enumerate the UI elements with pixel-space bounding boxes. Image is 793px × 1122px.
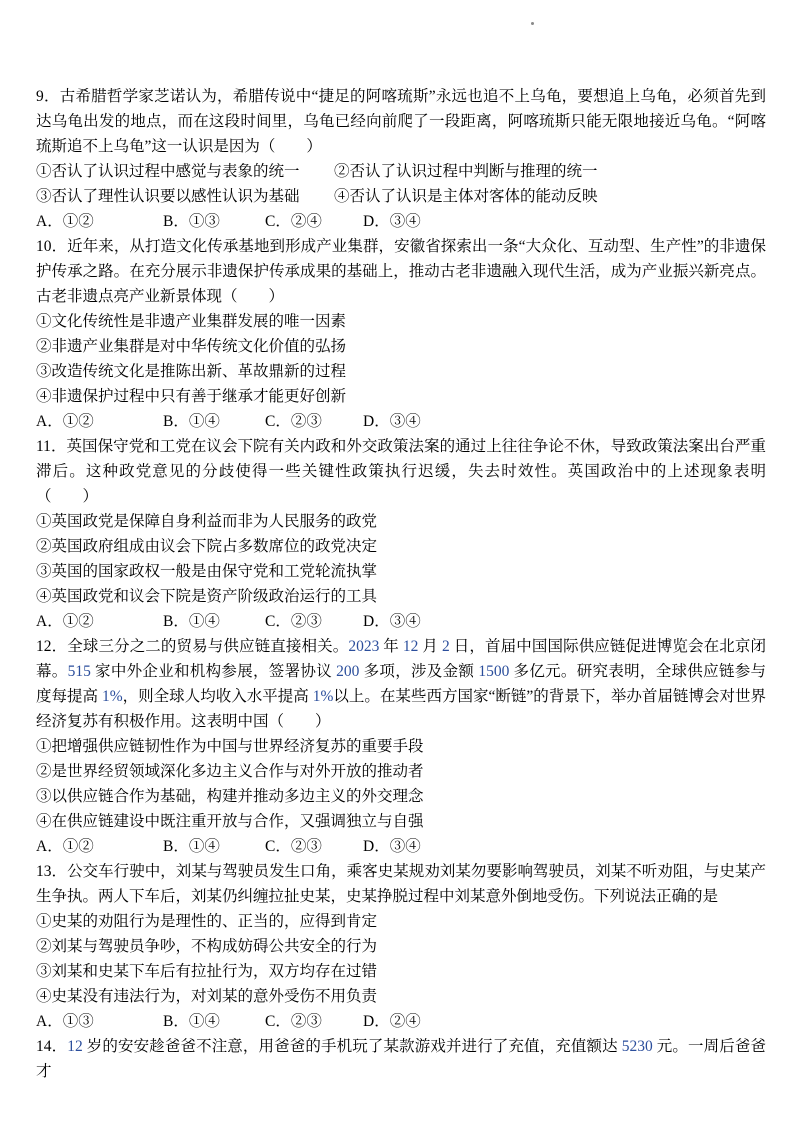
- stem-segment: 英国保守党和工党在议会下院有关内政和外交政策法案的通过上往往争论不休，导致政策法…: [36, 438, 766, 505]
- stem-segment: 1%: [313, 688, 334, 705]
- stem-segment: 2: [442, 638, 450, 655]
- stem-segment: 岁的安安趁爸爸不注意，用爸爸的手机玩了某款游戏并进行了充值，充值额达: [83, 1038, 622, 1055]
- choice-a: A．①②: [36, 409, 94, 434]
- question-stem: 12．全球三分之二的贸易与供应链直接相关。2023 年 12 月 2 日，首届中…: [36, 634, 766, 734]
- question-number: 10．: [36, 238, 67, 255]
- option-item: ①文化传统性是非遗产业集群发展的唯一因素: [36, 309, 766, 334]
- option-item: ②刘某与驾驶员争吵，不构成妨碍公共安全的行为: [36, 934, 766, 959]
- stem-segment: 1500: [478, 663, 509, 680]
- stem-segment: 12: [67, 1038, 83, 1055]
- choice-d: D．③④: [363, 409, 421, 434]
- question-12: 12．全球三分之二的贸易与供应链直接相关。2023 年 12 月 2 日，首届中…: [36, 634, 766, 859]
- choice-c: C．②③: [265, 1009, 322, 1034]
- choice-row: A．①③B．①④C．②③D．②④: [36, 1009, 766, 1034]
- stem-segment: 月: [418, 638, 442, 655]
- option-item: ④史某没有违法行为，对刘某的意外受伤不用负责: [36, 984, 766, 1009]
- question-stem: 14．12 岁的安安趁爸爸不注意，用爸爸的手机玩了某款游戏并进行了充值，充值额达…: [36, 1034, 766, 1084]
- choice-d: D．③④: [363, 834, 421, 859]
- choice-d: D．③④: [363, 609, 421, 634]
- option-list: ①把增强供应链韧性作为中国与世界经济复苏的重要手段②是世界经贸领域深化多边主义合…: [36, 734, 766, 834]
- stem-segment: 家中外企业和机构参展，签署协议: [91, 663, 336, 680]
- choice-c: C．②③: [265, 834, 322, 859]
- stem-segment: 多项，涉及金额: [359, 663, 478, 680]
- choice-b: B．①④: [163, 834, 220, 859]
- option-list: ①文化传统性是非遗产业集群发展的唯一因素②非遗产业集群是对中华传统文化价值的弘扬…: [36, 309, 766, 409]
- question-stem: 11．英国保守党和工党在议会下院有关内政和外交政策法案的通过上往往争论不休，导致…: [36, 434, 766, 509]
- choice-d: D．③④: [363, 209, 421, 234]
- choice-c: C．②③: [265, 609, 322, 634]
- choice-d: D．②④: [363, 1009, 421, 1034]
- stem-segment: 近年来，从打造文化传承基地到形成产业集群，安徽省探索出一条“大众化、互动型、生产…: [36, 238, 766, 305]
- question-14: 14．12 岁的安安趁爸爸不注意，用爸爸的手机玩了某款游戏并进行了充值，充值额达…: [36, 1034, 766, 1084]
- choice-row: A．①②B．①④C．②③D．③④: [36, 609, 766, 634]
- option-item: ①史某的劝阻行为是理性的、正当的，应得到肯定: [36, 909, 766, 934]
- stem-segment: 5230: [622, 1038, 653, 1055]
- stem-segment: 200: [336, 663, 359, 680]
- choice-a: A．①②: [36, 209, 94, 234]
- question-number: 12．: [36, 638, 67, 655]
- choice-row: A．①②B．①③C．②④D．③④: [36, 209, 766, 234]
- choice-row: A．①②B．①④C．②③D．③④: [36, 834, 766, 859]
- question-list: 9．古希腊哲学家芝诺认为，希腊传说中“捷足的阿喀琉斯”永远也追不上乌龟，要想追上…: [36, 84, 766, 1084]
- option-item: ③改造传统文化是推陈出新、革故鼎新的过程: [36, 359, 766, 384]
- question-number: 13．: [36, 863, 67, 880]
- option-item: ②是世界经贸领域深化多边主义合作与对外开放的推动者: [36, 759, 766, 784]
- question-number: 9．: [36, 88, 60, 105]
- question-stem: 9．古希腊哲学家芝诺认为，希腊传说中“捷足的阿喀琉斯”永远也追不上乌龟，要想追上…: [36, 84, 766, 159]
- option-item: ①英国政党是保障自身利益而非为人民服务的政党: [36, 509, 766, 534]
- choice-b: B．①④: [163, 409, 220, 434]
- scan-artifact-dot: [531, 22, 534, 25]
- stem-segment: 515: [68, 663, 91, 680]
- option-item: ④英国政党和议会下院是资产阶级政治运行的工具: [36, 584, 766, 609]
- choice-row: A．①②B．①④C．②③D．③④: [36, 409, 766, 434]
- question-number: 11．: [36, 438, 67, 455]
- option-item: ④非遗保护过程中只有善于继承才能更好创新: [36, 384, 766, 409]
- question-9: 9．古希腊哲学家芝诺认为，希腊传说中“捷足的阿喀琉斯”永远也追不上乌龟，要想追上…: [36, 84, 766, 234]
- choice-b: B．①④: [163, 1009, 220, 1034]
- option-item: ②否认了认识过程中判断与推理的统一: [334, 159, 766, 184]
- option-item: ②英国政府组成由议会下院占多数席位的政党决定: [36, 534, 766, 559]
- exam-page: 9．古希腊哲学家芝诺认为，希腊传说中“捷足的阿喀琉斯”永远也追不上乌龟，要想追上…: [0, 0, 793, 1122]
- stem-segment: 12: [403, 638, 419, 655]
- stem-segment: 2023: [348, 638, 379, 655]
- option-item: ③以供应链合作为基础，构建并推动多边主义的外交理念: [36, 784, 766, 809]
- option-item: ④否认了认识是主体对客体的能动反映: [334, 184, 766, 209]
- option-item: ①否认了认识过程中感觉与表象的统一: [36, 159, 334, 184]
- option-item: ③刘某和史某下车后有拉扯行为，双方均存在过错: [36, 959, 766, 984]
- choice-a: A．①②: [36, 609, 94, 634]
- question-11: 11．英国保守党和工党在议会下院有关内政和外交政策法案的通过上往往争论不休，导致…: [36, 434, 766, 634]
- option-item: ②非遗产业集群是对中华传统文化价值的弘扬: [36, 334, 766, 359]
- stem-segment: 公交车行驶中，刘某与驾驶员发生口角，乘客史某规劝刘某勿要影响驾驶员，刘某不听劝阻…: [36, 863, 766, 905]
- stem-segment: 1%: [102, 688, 123, 705]
- option-list: ①史某的劝阻行为是理性的、正当的，应得到肯定②刘某与驾驶员争吵，不构成妨碍公共安…: [36, 909, 766, 1009]
- question-10: 10．近年来，从打造文化传承基地到形成产业集群，安徽省探索出一条“大众化、互动型…: [36, 234, 766, 434]
- question-stem: 10．近年来，从打造文化传承基地到形成产业集群，安徽省探索出一条“大众化、互动型…: [36, 234, 766, 309]
- stem-segment: 年: [379, 638, 403, 655]
- choice-a: A．①③: [36, 1009, 94, 1034]
- stem-segment: 全球三分之二的贸易与供应链直接相关。: [67, 638, 348, 655]
- option-item: ④在供应链建设中既注重开放与合作，又强调独立与自强: [36, 809, 766, 834]
- choice-b: B．①③: [163, 209, 220, 234]
- question-number: 14．: [36, 1038, 67, 1055]
- option-item: ①把增强供应链韧性作为中国与世界经济复苏的重要手段: [36, 734, 766, 759]
- stem-segment: ，则全球人均收入水平提高: [123, 688, 313, 705]
- choice-c: C．②④: [265, 209, 322, 234]
- option-list: ①英国政党是保障自身利益而非为人民服务的政党②英国政府组成由议会下院占多数席位的…: [36, 509, 766, 609]
- choice-a: A．①②: [36, 834, 94, 859]
- question-13: 13．公交车行驶中，刘某与驾驶员发生口角，乘客史某规劝刘某勿要影响驾驶员，刘某不…: [36, 859, 766, 1034]
- choice-c: C．②③: [265, 409, 322, 434]
- choice-b: B．①④: [163, 609, 220, 634]
- option-item: ③英国的国家政权一般是由保守党和工党轮流执掌: [36, 559, 766, 584]
- stem-segment: 古希腊哲学家芝诺认为，希腊传说中“捷足的阿喀琉斯”永远也追不上乌龟，要想追上乌龟…: [36, 88, 766, 155]
- option-item: ③否认了理性认识要以感性认识为基础: [36, 184, 334, 209]
- option-list: ①否认了认识过程中感觉与表象的统一②否认了认识过程中判断与推理的统一③否认了理性…: [36, 159, 766, 209]
- question-stem: 13．公交车行驶中，刘某与驾驶员发生口角，乘客史某规劝刘某勿要影响驾驶员，刘某不…: [36, 859, 766, 909]
